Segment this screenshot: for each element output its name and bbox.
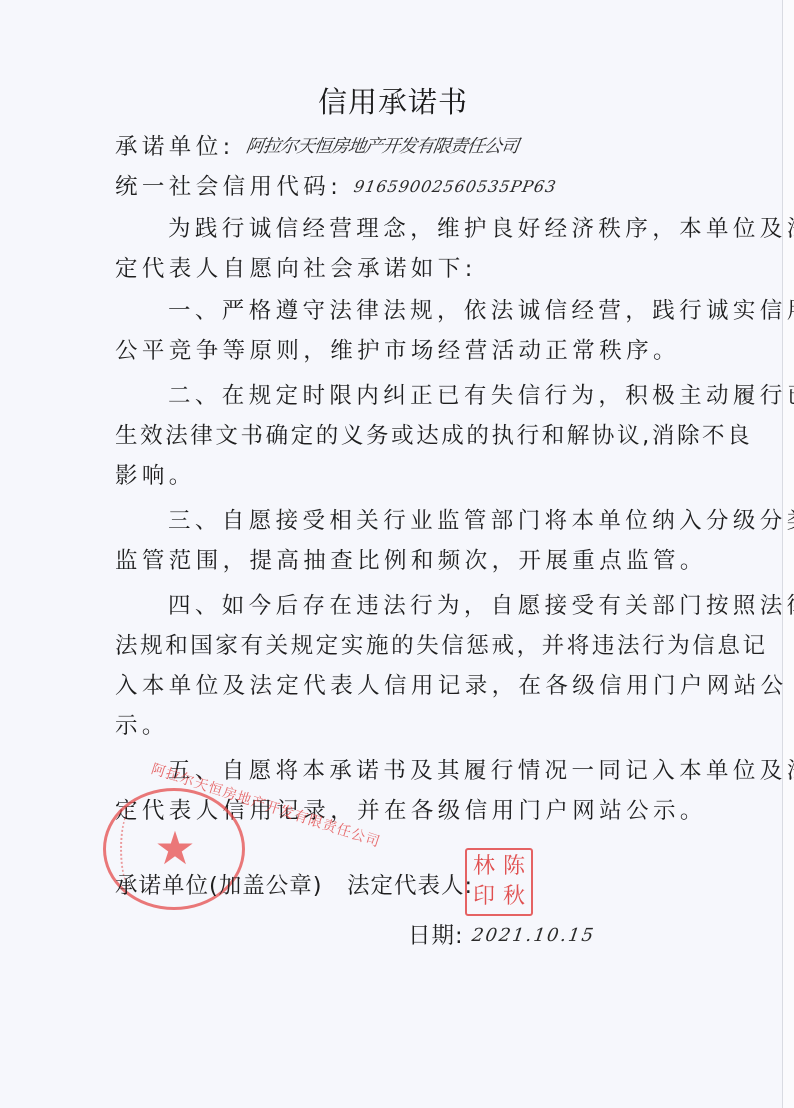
body-line: 定代表人自愿向社会承诺如下: [115,254,477,284]
date-label: 日期: [408,923,464,949]
scan-edge [783,0,794,1108]
signature-unit-label: 承诺单位(加盖公章) [115,871,323,901]
body-line: 监管范围，提高抽查比例和频次，开展重点监管。 [115,546,707,576]
seal-char: 林 [469,852,499,882]
body-line: 法规和国家有关规定实施的失信惩戒，并将违法行为信息记 [115,631,768,661]
credit-code-value-handwritten: 91659002560535PP63 [351,172,559,202]
legal-rep-label: 法定代表人: [347,871,473,901]
unit-value-handwritten: 阿拉尔天恒房地产开发有限责任公司 [244,132,520,162]
body-line: 公平竞争等原则，维护市场经营活动正常秩序。 [115,336,680,366]
seal-char: 印 [469,882,499,912]
seal-char: 陈 [499,852,529,882]
credit-code-row: 统一社会信用代码: 91659002560535PP63 [115,172,556,204]
unit-row: 承诺单位: 阿拉尔天恒房地产开发有限责任公司 [115,132,518,164]
date-value-handwritten: 2021.10.15 [470,921,597,951]
credit-code-label: 统一社会信用代码: [115,174,342,200]
body-line: 为践行诚信经营理念，维护良好经济秩序，本单位及法 [168,214,794,244]
body-line: 二、在规定时限内纠正已有失信行为，积极主动履行已 [168,381,794,411]
star-icon: ★ [150,823,200,873]
body-line: 入本单位及法定代表人信用记录，在各级信用门户网站公 [115,671,788,701]
body-line: 一、严格遵守法律法规，依法诚信经营，践行诚实信用、 [168,296,794,326]
body-line: 五、自愿将本承诺书及其履行情况一同记入本单位及法 [168,756,794,786]
seal-char: 秋 [499,882,529,912]
body-line: 三、自愿接受相关行业监管部门将本单位纳入分级分类 [168,506,794,536]
personal-seal: 林 陈 印 秋 [465,848,533,916]
document-title: 信用承诺书 [0,84,786,120]
unit-label: 承诺单位: [115,134,235,160]
body-line: 四、如今后存在违法行为，自愿接受有关部门按照法律、 [168,591,794,621]
body-line: 示。 [115,711,169,741]
body-line: 生效法律文书确定的义务或达成的执行和解协议,消除不良 [115,421,752,451]
date-row: 日期: 2021.10.15 [408,921,595,953]
body-line: 影响。 [115,461,196,491]
